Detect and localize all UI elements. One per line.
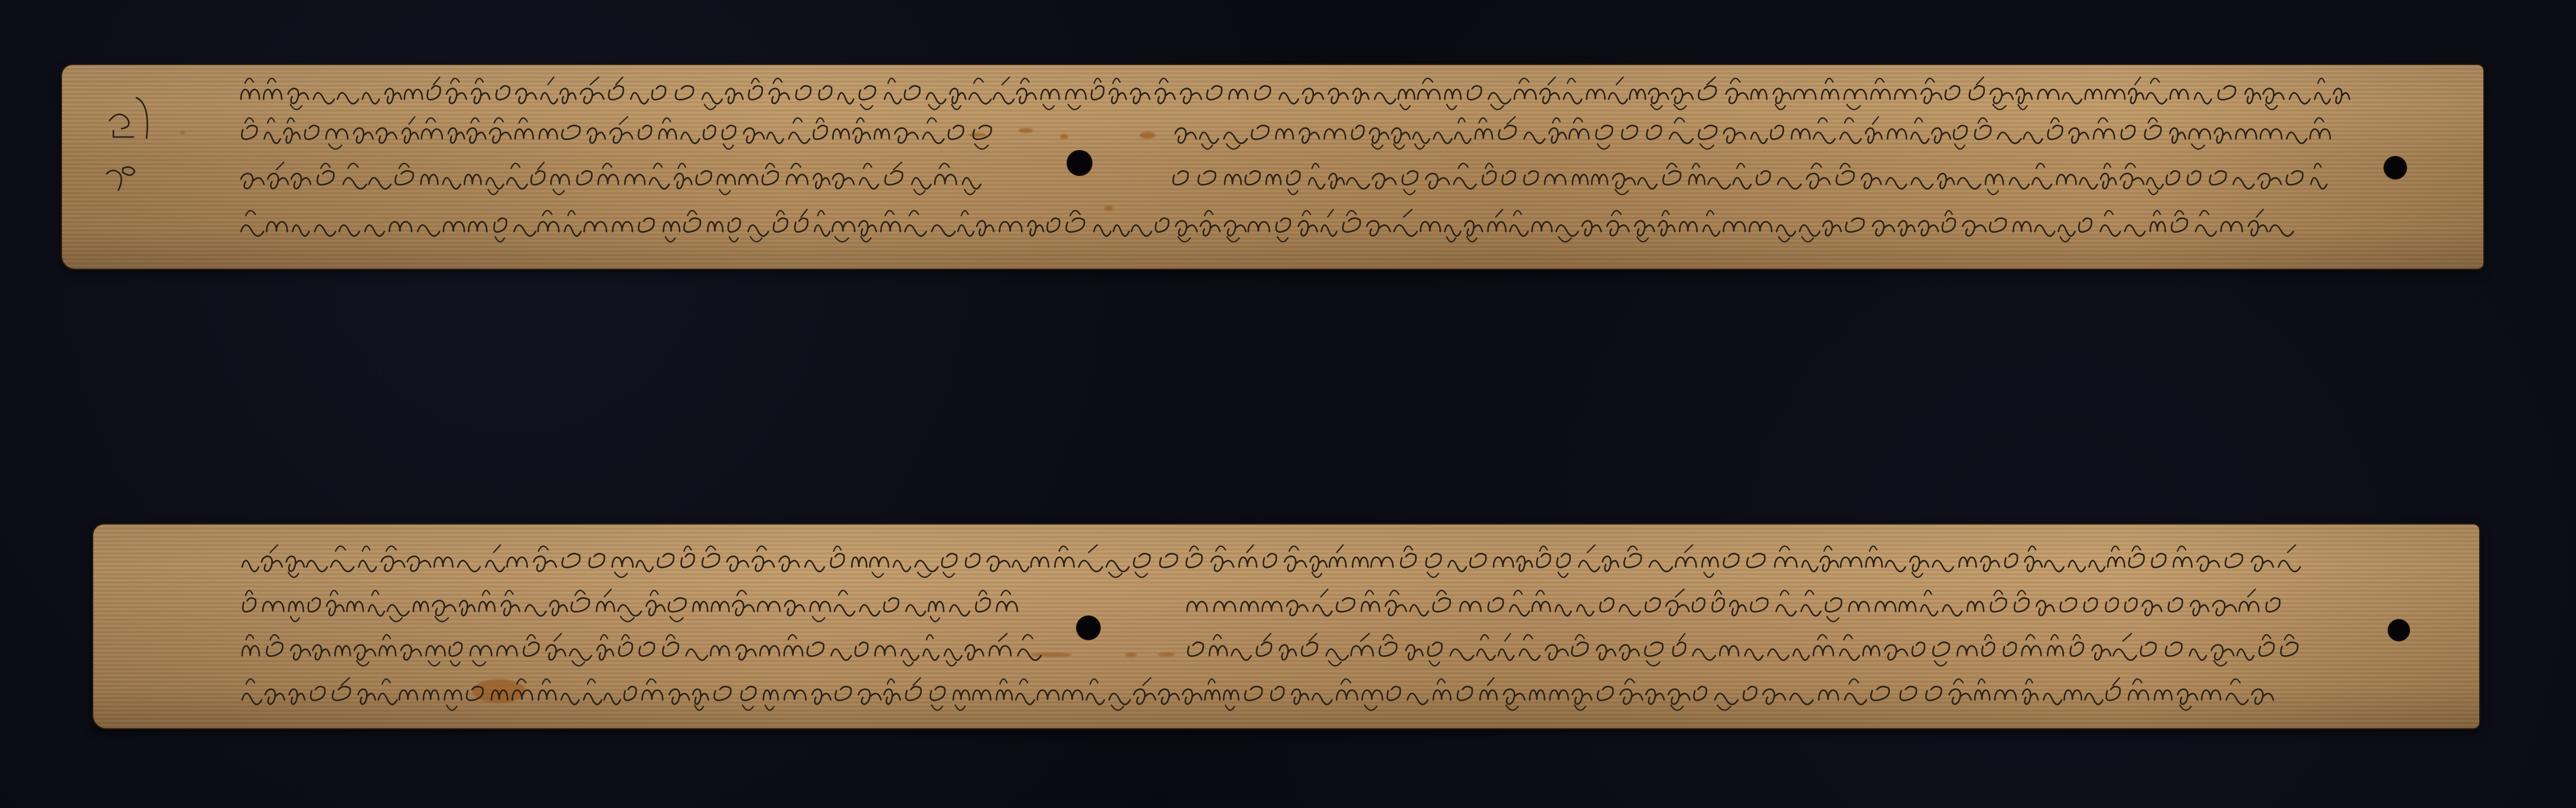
- script-glyph: [1726, 89, 1748, 103]
- script-diacritic-stroke: [1143, 677, 1152, 686]
- script-glyph: [833, 129, 849, 139]
- script-glyph: [2024, 132, 2043, 144]
- script-glyph: [1887, 129, 1906, 139]
- script-diacritic-below: [1778, 236, 1789, 242]
- script-glyph: [2013, 222, 2031, 232]
- script-glyph: [1369, 128, 1389, 143]
- script-diacritic-below: [553, 189, 565, 194]
- script-glyph: [2084, 598, 2097, 611]
- script-glyph: [1620, 645, 1639, 660]
- script-diacritic-above: [788, 635, 797, 640]
- script-glyph: [354, 645, 376, 660]
- script-glyph: [1669, 132, 1693, 144]
- script-diacritic-above: [1779, 546, 1790, 552]
- script-glyph: [413, 602, 428, 612]
- script-glyph: [2195, 93, 2211, 104]
- script-glyph: [1499, 125, 1516, 139]
- script-glyph: [507, 178, 527, 189]
- script-diacritic-above: [2026, 635, 2034, 640]
- script-diacritic-above: [494, 118, 503, 123]
- script-glyph: [1770, 125, 1783, 139]
- script-diacritic-above: [2073, 635, 2081, 640]
- script-glyph: [1017, 89, 1036, 103]
- script-glyph: [243, 598, 256, 611]
- script-glyph: [2212, 645, 2234, 660]
- script-diacritic-above: [575, 591, 585, 596]
- script-glyph: [267, 222, 288, 232]
- script-glyph: [1109, 693, 1130, 705]
- script-diacritic-stroke: [1587, 545, 1595, 553]
- script-glyph: [2173, 558, 2192, 568]
- script-glyph: [1187, 602, 1207, 612]
- script-diacritic-above: [1208, 679, 1215, 685]
- script-glyph: [932, 225, 956, 236]
- script-glyph: [1403, 171, 1418, 184]
- script-diacritic-below: [1446, 236, 1456, 242]
- script-glyph: [2035, 225, 2055, 236]
- script-glyph: [369, 178, 391, 189]
- script-glyph: [531, 171, 544, 184]
- script-diacritic-below: [1364, 705, 1377, 710]
- script-glyph: [1884, 645, 1907, 660]
- script-diacritic-below: [450, 660, 460, 666]
- script-glyph: [1094, 225, 1111, 236]
- script-glyph: [833, 174, 854, 188]
- script-glyph: [267, 642, 283, 656]
- script-diacritic-above: [663, 118, 671, 123]
- script-diacritic-below: [2192, 144, 2205, 149]
- script-diacritic-above: [1693, 164, 1700, 169]
- script-glyph: [812, 689, 831, 704]
- script-diacritic-above: [863, 164, 872, 169]
- script-diacritic-above: [974, 79, 984, 84]
- script-glyph: [1819, 690, 1838, 701]
- script-glyph: [1353, 89, 1369, 103]
- script-glyph: [1448, 561, 1466, 572]
- script-diacritic-below: [719, 189, 731, 194]
- script-glyph: [1225, 221, 1246, 236]
- script-glyph: [834, 605, 855, 616]
- script-diacritic-above: [505, 591, 513, 596]
- script-glyph: [669, 689, 689, 704]
- script-glyph: [560, 89, 576, 103]
- script-glyph: [915, 561, 938, 572]
- script-glyph: [1325, 129, 1346, 139]
- script-glyph: [1131, 89, 1150, 103]
- script-glyph: [339, 225, 359, 236]
- script-glyph: [2311, 178, 2327, 189]
- script-glyph: [663, 222, 679, 232]
- script-diacritic-above: [2318, 79, 2325, 84]
- script-glyph: [1702, 558, 1718, 568]
- script-diacritic-above: [909, 211, 919, 216]
- script-glyph: [1000, 222, 1022, 232]
- script-glyph: [1693, 649, 1715, 660]
- script-glyph: [1751, 132, 1767, 144]
- script-diacritic-below: [2148, 189, 2158, 194]
- script-glyph: [1517, 556, 1532, 571]
- script-glyph: [1620, 689, 1643, 704]
- script-glyph: [1745, 649, 1763, 660]
- script-diacritic-above: [1458, 164, 1468, 169]
- script-glyph: [1743, 686, 1756, 700]
- script-glyph: [1488, 598, 1503, 611]
- script-glyph: [1863, 646, 1880, 656]
- script-glyph: [609, 86, 624, 99]
- script-diacritic-below: [1429, 660, 1440, 666]
- script-glyph: [1241, 602, 1258, 612]
- script-glyph: [1371, 558, 1393, 568]
- script-glyph: [1807, 174, 1830, 188]
- script-diacritic-above: [2104, 211, 2113, 216]
- script-glyph: [507, 558, 527, 568]
- script-glyph: [1207, 86, 1222, 99]
- script-diacritic-above: [737, 591, 746, 596]
- script-glyph: [524, 642, 539, 656]
- script-glyph: [2169, 598, 2183, 611]
- script-diacritic-below: [1802, 236, 1814, 242]
- script-glyph: [1694, 686, 1706, 700]
- script-glyph: [1703, 225, 1720, 236]
- script-diacritic-below: [328, 144, 342, 149]
- script-glyph: [965, 645, 983, 660]
- script-glyph: [1303, 89, 1323, 103]
- script-glyph: [885, 171, 903, 184]
- script-glyph: [1763, 689, 1785, 704]
- script-diacritic-above: [1423, 79, 1433, 84]
- script-glyph: [288, 89, 308, 103]
- script-glyph: [284, 128, 301, 143]
- script-diacritic-below: [974, 144, 989, 149]
- script-glyph: [1087, 693, 1104, 705]
- script-glyph: [1211, 556, 1234, 571]
- script-diacritic-above: [1818, 635, 1827, 640]
- script-diacritic-stroke: [604, 589, 612, 597]
- script-glyph: [784, 690, 806, 701]
- script-diacritic-above: [888, 79, 895, 84]
- script-diacritic-above: [1707, 211, 1714, 216]
- script-glyph: [1645, 598, 1660, 611]
- script-glyph: [718, 175, 735, 185]
- script-glyph: [1175, 128, 1196, 143]
- script-diacritic-above: [887, 679, 894, 685]
- script-glyph: [2210, 171, 2226, 184]
- script-diacritic-above: [2150, 79, 2160, 84]
- script-glyph: [1329, 558, 1346, 568]
- script-glyph: [407, 556, 431, 571]
- script-diacritic-above: [1875, 79, 1884, 84]
- script-glyph: [444, 222, 464, 232]
- script-glyph: [1886, 561, 1906, 572]
- script-glyph: [1630, 90, 1645, 100]
- script-glyph: [686, 649, 707, 660]
- script-glyph: [810, 602, 830, 612]
- script-diacritic-above: [1667, 164, 1677, 169]
- script-diacritic-below: [917, 572, 931, 577]
- script-glyph: [1861, 174, 1881, 188]
- script-diacritic-above: [2098, 118, 2108, 123]
- script-glyph: [1949, 689, 1971, 704]
- script-glyph: [2141, 642, 2156, 656]
- script-glyph: [1504, 689, 1525, 704]
- script-glyph: [1926, 686, 1941, 700]
- script-glyph: [831, 649, 851, 660]
- script-glyph: [2147, 178, 2163, 189]
- script-diacritic-below: [1615, 189, 1629, 194]
- script-glyph: [1545, 645, 1568, 660]
- script-glyph: [1749, 222, 1772, 232]
- script-glyph: [1866, 558, 1882, 568]
- script-glyph: [2225, 553, 2242, 567]
- script-glyph: [242, 646, 259, 656]
- script-diacritic-above: [1662, 211, 1669, 216]
- script-diacritic-stroke: [1309, 633, 1317, 641]
- script-glyph: [674, 174, 692, 188]
- script-glyph: [1802, 561, 1818, 572]
- script-diacritic-above: [2314, 118, 2324, 123]
- script-glyph: [1747, 553, 1765, 567]
- script-glyph: [1733, 178, 1751, 189]
- script-diacritic-below: [860, 104, 873, 109]
- script-glyph: [2197, 556, 2219, 571]
- script-diacritic-above: [1289, 546, 1299, 552]
- script-glyph: [1413, 132, 1430, 144]
- script-glyph: [597, 645, 614, 660]
- script-diacritic-below: [1934, 660, 1946, 666]
- script-glyph: [263, 90, 282, 100]
- script-glyph: [596, 602, 614, 612]
- script-glyph: [588, 128, 605, 143]
- script-glyph: [2252, 689, 2273, 704]
- script-diacritic-below: [1202, 144, 1213, 149]
- script-glyph: [1572, 689, 1592, 704]
- script-glyph: [1569, 129, 1589, 139]
- script-glyph: [1361, 602, 1379, 612]
- script-diacritic-above: [2314, 164, 2321, 169]
- script-glyph: [1773, 89, 1791, 103]
- script-diacritic-above: [2148, 118, 2157, 123]
- script-diacritic-below: [1597, 144, 1610, 149]
- script-diacritic-above: [706, 546, 716, 552]
- script-diacritic-below: [1912, 572, 1923, 577]
- script-glyph: [1981, 556, 1999, 571]
- script-glyph: [1693, 598, 1704, 611]
- script-glyph: [1480, 690, 1497, 701]
- script-glyph: [726, 89, 743, 103]
- script-diacritic-above: [321, 164, 330, 169]
- script-glyph: [884, 598, 899, 611]
- script-diacritic-above: [542, 211, 552, 216]
- script-glyph: [358, 561, 376, 572]
- script-glyph: [378, 693, 397, 705]
- script-glyph: [1284, 556, 1306, 571]
- script-diacritic-above: [1094, 79, 1101, 84]
- script-glyph: [1514, 90, 1536, 100]
- script-glyph: [577, 171, 592, 184]
- script-diacritic-below: [1111, 705, 1124, 710]
- script-glyph: [1537, 553, 1550, 567]
- script-diacritic-below: [1225, 705, 1235, 710]
- script-glyph: [976, 598, 990, 611]
- script-glyph: [2290, 93, 2310, 104]
- script-diacritic-below: [1227, 236, 1240, 242]
- script-glyph: [2189, 129, 2210, 139]
- script-glyph: [2310, 129, 2330, 139]
- script-diacritic-above: [1869, 546, 1877, 552]
- script-glyph: [465, 175, 481, 185]
- script-diacritic-stroke: [615, 77, 623, 85]
- script-glyph: [1609, 93, 1628, 104]
- script-glyph: [2005, 553, 2017, 567]
- script-glyph: [1444, 225, 1460, 236]
- script-glyph: [1460, 602, 1481, 612]
- script-glyph: [2016, 89, 2032, 103]
- script-diacritic-above: [1341, 679, 1351, 685]
- script-glyph: [696, 171, 712, 184]
- script-glyph: [659, 129, 676, 139]
- script-diacritic-below: [1043, 104, 1054, 109]
- script-diacritic-below: [1637, 236, 1649, 242]
- script-glyph: [1321, 225, 1336, 236]
- script-glyph: [762, 171, 778, 184]
- script-glyph: [448, 128, 464, 143]
- script-diacritic-above: [2262, 635, 2271, 640]
- script-diacritic-below: [903, 660, 914, 666]
- script-glyph: [2025, 556, 2042, 571]
- script-diacritic-below: [946, 660, 957, 666]
- script-diacritic-below: [1717, 705, 1731, 710]
- script-diacritic-above: [1524, 635, 1533, 640]
- script-glyph: [875, 646, 895, 656]
- script-glyph: [337, 93, 358, 104]
- script-diacritic-below: [872, 572, 883, 577]
- script-glyph: [2187, 171, 2200, 184]
- script-glyph: [2221, 222, 2242, 232]
- script-glyph: [624, 686, 636, 700]
- script-diacritic-stroke: [276, 162, 284, 170]
- script-diacritic-below: [1427, 572, 1439, 577]
- script-glyph: [2064, 690, 2081, 701]
- script-glyph: [1975, 125, 1991, 139]
- script-diacritic-below: [1135, 572, 1147, 577]
- script-diacritic-below: [729, 236, 738, 242]
- script-glyph: [1556, 225, 1578, 236]
- script-glyph: [1037, 690, 1059, 701]
- script-glyph: [870, 558, 888, 568]
- script-glyph: [2079, 218, 2091, 232]
- script-diacritic-above: [1481, 635, 1489, 640]
- script-glyph: [2287, 171, 2303, 184]
- script-glyph: [562, 125, 580, 139]
- script-glyph: [1091, 86, 1104, 99]
- script-glyph: [242, 693, 262, 705]
- script-glyph: [758, 602, 780, 612]
- script-diacritic-above: [268, 79, 276, 84]
- script-glyph: [732, 601, 754, 615]
- script-diacritic-above: [475, 79, 484, 84]
- script-glyph: [853, 128, 870, 143]
- script-glyph: [1475, 129, 1492, 139]
- script-diacritic-above: [1945, 211, 1952, 216]
- script-glyph: [1519, 649, 1540, 660]
- script-glyph: [2058, 225, 2075, 236]
- script-glyph: [1730, 601, 1746, 615]
- script-glyph: [1287, 171, 1300, 184]
- script-diacritic-below: [2060, 236, 2070, 242]
- script-diacritic-below: [1328, 660, 1341, 666]
- script-glyph: [2215, 128, 2231, 143]
- script-diacritic-below: [750, 236, 762, 242]
- script-diacritic-below: [428, 660, 440, 666]
- script-glyph: [831, 553, 844, 567]
- script-glyph: [2237, 649, 2254, 660]
- script-glyph: [1239, 558, 1257, 568]
- script-glyph: [1724, 128, 1746, 143]
- script-diacritic-above: [1954, 679, 1964, 685]
- script-glyph: [764, 690, 778, 701]
- script-diacritic-above: [1514, 591, 1522, 596]
- script-diacritic-stroke: [1088, 545, 1098, 553]
- script-glyph: [317, 171, 334, 184]
- script-diacritic-above: [1022, 635, 1033, 640]
- script-diacritic-stroke: [1548, 77, 1556, 85]
- script-glyph: [1778, 178, 1801, 189]
- script-glyph: [1985, 175, 2003, 185]
- script-glyph: [358, 689, 375, 704]
- script-glyph: [2060, 598, 2076, 611]
- script-glyph: [1016, 693, 1034, 705]
- script-glyph: [1420, 222, 1440, 232]
- script-glyph: [1820, 556, 1838, 571]
- script-glyph: [1160, 553, 1178, 567]
- script-glyph: [1680, 222, 1697, 232]
- script-diacritic-below: [951, 104, 961, 109]
- script-diacritic-above: [511, 164, 520, 169]
- script-glyph: [969, 93, 991, 104]
- script-glyph: [950, 89, 966, 103]
- script-glyph: [2070, 642, 2083, 656]
- script-diacritic-stroke: [1616, 77, 1623, 85]
- script-glyph: [326, 129, 348, 139]
- script-diacritic-stroke: [547, 77, 554, 85]
- script-glyph: [423, 690, 439, 701]
- script-glyph: [1845, 218, 1864, 232]
- script-glyph: [1279, 93, 1298, 104]
- script-glyph: [1426, 553, 1442, 567]
- script-diacritic-above: [588, 679, 596, 685]
- script-glyph: [1708, 178, 1730, 189]
- script-glyph: [570, 649, 592, 660]
- script-glyph: [681, 553, 694, 567]
- script-glyph: [1173, 171, 1188, 184]
- script-glyph: [1524, 171, 1538, 184]
- script-glyph: [1445, 90, 1461, 100]
- script-glyph: [1895, 90, 1916, 100]
- script-glyph: [1418, 90, 1440, 100]
- script-glyph: [2177, 689, 2197, 704]
- script-glyph: [1410, 605, 1429, 616]
- script-glyph: [1672, 89, 1693, 103]
- script-glyph: [1498, 649, 1514, 660]
- script-glyph: [2190, 649, 2206, 660]
- script-diacritic-above: [833, 546, 841, 552]
- script-glyph: [1510, 225, 1528, 236]
- script-glyph: [2129, 553, 2144, 567]
- script-glyph: [491, 690, 507, 701]
- script-glyph: [774, 218, 788, 232]
- script-diacritic-stroke: [270, 545, 278, 553]
- script-glyph: [1933, 642, 1949, 656]
